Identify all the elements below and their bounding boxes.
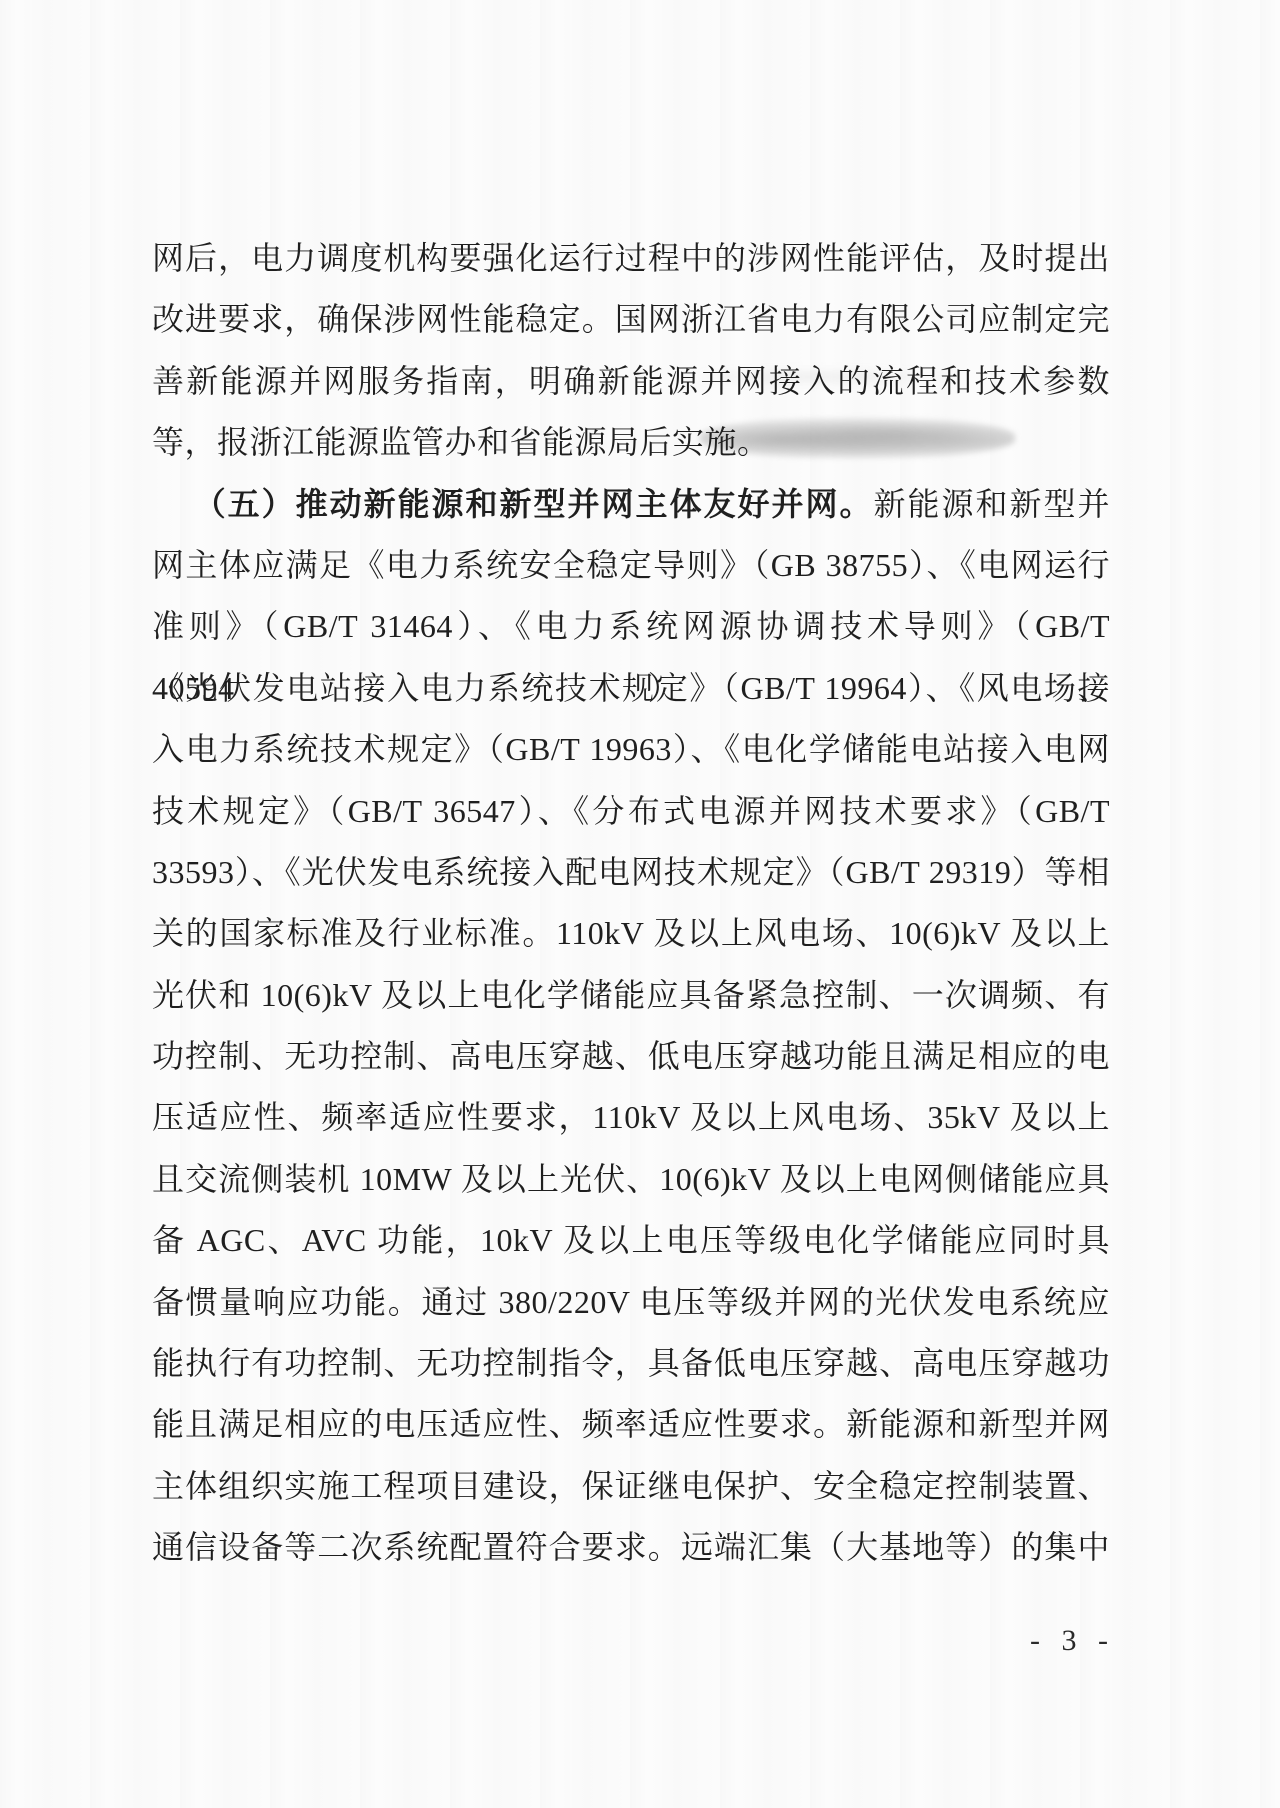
text-line: 33593）、《光伏发电系统接入配电网技术规定》（GB/T 29319）等相 bbox=[152, 842, 1110, 903]
text-line: 备惯量响应功能。通过 380/220V 电压等级并网的光伏发电系统应 bbox=[152, 1272, 1110, 1333]
text-line: 通信设备等二次系统配置符合要求。远端汇集（大基地等）的集中 bbox=[152, 1517, 1110, 1578]
text-line: 功控制、无功控制、高电压穿越、低电压穿越功能且满足相应的电 bbox=[152, 1026, 1110, 1087]
text-line: 技术规定》（GB/T 36547）、《分布式电源并网技术要求》（GB/T bbox=[152, 781, 1110, 842]
text-segment: 备 AGC、AVC 功能，10kV 及以上电压等级电化学储能应同时具 bbox=[152, 1222, 1110, 1258]
text-line: 善新能源并网服务指南，明确新能源并网接入的流程和技术参数 bbox=[152, 351, 1110, 412]
page-number: - 3 - bbox=[1030, 1624, 1150, 1658]
text-line: 备 AGC、AVC 功能，10kV 及以上电压等级电化学储能应同时具 bbox=[152, 1210, 1110, 1271]
text-segment: 网主体应满足《电力系统安全稳定导则》（GB 38755）、《电网运行 bbox=[152, 547, 1110, 583]
text-segment: 能执行有功控制、无功控制指令，具备低电压穿越、高电压穿越功 bbox=[152, 1345, 1110, 1381]
text-line: 网后，电力调度机构要强化运行过程中的涉网性能评估，及时提出 bbox=[152, 228, 1110, 289]
text-segment: 主体组织实施工程项目建设，保证继电保护、安全稳定控制装置、 bbox=[152, 1468, 1110, 1504]
text-line: 准则》（GB/T 31464）、《电力系统网源协调技术导则》（GB/T 4059… bbox=[152, 596, 1110, 657]
text-line: 关的国家标准及行业标准。110kV 及以上风电场、10(6)kV 及以上 bbox=[152, 903, 1110, 964]
text-line: （五）推动新能源和新型并网主体友好并网。新能源和新型并 bbox=[152, 474, 1110, 535]
text-segment: 等，报浙江能源监管办和省能源局后实施。 bbox=[152, 424, 770, 460]
text-segment-bold: （五）推动新能源和新型并网主体友好并网。 bbox=[194, 486, 874, 522]
text-line: 入电力系统技术规定》（GB/T 19963）、《电化学储能电站接入电网 bbox=[152, 719, 1110, 780]
text-line: 且交流侧装机 10MW 及以上光伏、10(6)kV 及以上电网侧储能应具 bbox=[152, 1149, 1110, 1210]
text-line: 能且满足相应的电压适应性、频率适应性要求。新能源和新型并网 bbox=[152, 1394, 1110, 1455]
text-segment: 光伏和 10(6)kV 及以上电化学储能应具备紧急控制、一次调频、有 bbox=[152, 977, 1110, 1013]
text-line: 压适应性、频率适应性要求，110kV 及以上风电场、35kV 及以上 bbox=[152, 1087, 1110, 1148]
text-line: 改进要求，确保涉网性能稳定。国网浙江省电力有限公司应制定完 bbox=[152, 289, 1110, 350]
text-segment: 功控制、无功控制、高电压穿越、低电压穿越功能且满足相应的电 bbox=[152, 1038, 1110, 1074]
text-segment: 压适应性、频率适应性要求，110kV 及以上风电场、35kV 及以上 bbox=[152, 1099, 1110, 1135]
text-segment: 关的国家标准及行业标准。110kV 及以上风电场、10(6)kV 及以上 bbox=[152, 915, 1110, 951]
text-segment: 网后，电力调度机构要强化运行过程中的涉网性能评估，及时提出 bbox=[152, 240, 1110, 276]
text-segment: 33593）、《光伏发电系统接入配电网技术规定》（GB/T 29319）等相 bbox=[152, 854, 1110, 890]
text-segment: 通信设备等二次系统配置符合要求。远端汇集（大基地等）的集中 bbox=[152, 1529, 1110, 1565]
text-segment: 入电力系统技术规定》（GB/T 19963）、《电化学储能电站接入电网 bbox=[152, 731, 1110, 767]
text-line: 能执行有功控制、无功控制指令，具备低电压穿越、高电压穿越功 bbox=[152, 1333, 1110, 1394]
text-segment: 备惯量响应功能。通过 380/220V 电压等级并网的光伏发电系统应 bbox=[152, 1284, 1110, 1320]
text-segment: 技术规定》（GB/T 36547）、《分布式电源并网技术要求》（GB/T bbox=[152, 793, 1110, 829]
text-segment: 且交流侧装机 10MW 及以上光伏、10(6)kV 及以上电网侧储能应具 bbox=[152, 1161, 1110, 1197]
text-line: 网主体应满足《电力系统安全稳定导则》（GB 38755）、《电网运行 bbox=[152, 535, 1110, 596]
text-line: 光伏和 10(6)kV 及以上电化学储能应具备紧急控制、一次调频、有 bbox=[152, 965, 1110, 1026]
text-segment: 《光伏发电站接入电力系统技术规定》（GB/T 19964）、《风电场接 bbox=[152, 670, 1110, 706]
text-line: 等，报浙江能源监管办和省能源局后实施。 bbox=[152, 412, 1110, 473]
text-segment: 新能源和新型并 bbox=[874, 486, 1110, 522]
text-segment: 能且满足相应的电压适应性、频率适应性要求。新能源和新型并网 bbox=[152, 1406, 1110, 1442]
document-body: 网后，电力调度机构要强化运行过程中的涉网性能评估，及时提出改进要求，确保涉网性能… bbox=[152, 228, 1110, 1579]
text-segment: 改进要求，确保涉网性能稳定。国网浙江省电力有限公司应制定完 bbox=[152, 301, 1110, 337]
text-line: 主体组织实施工程项目建设，保证继电保护、安全稳定控制装置、 bbox=[152, 1456, 1110, 1517]
text-line: 《光伏发电站接入电力系统技术规定》（GB/T 19964）、《风电场接 bbox=[152, 658, 1110, 719]
text-segment: 善新能源并网服务指南，明确新能源并网接入的流程和技术参数 bbox=[152, 363, 1110, 399]
